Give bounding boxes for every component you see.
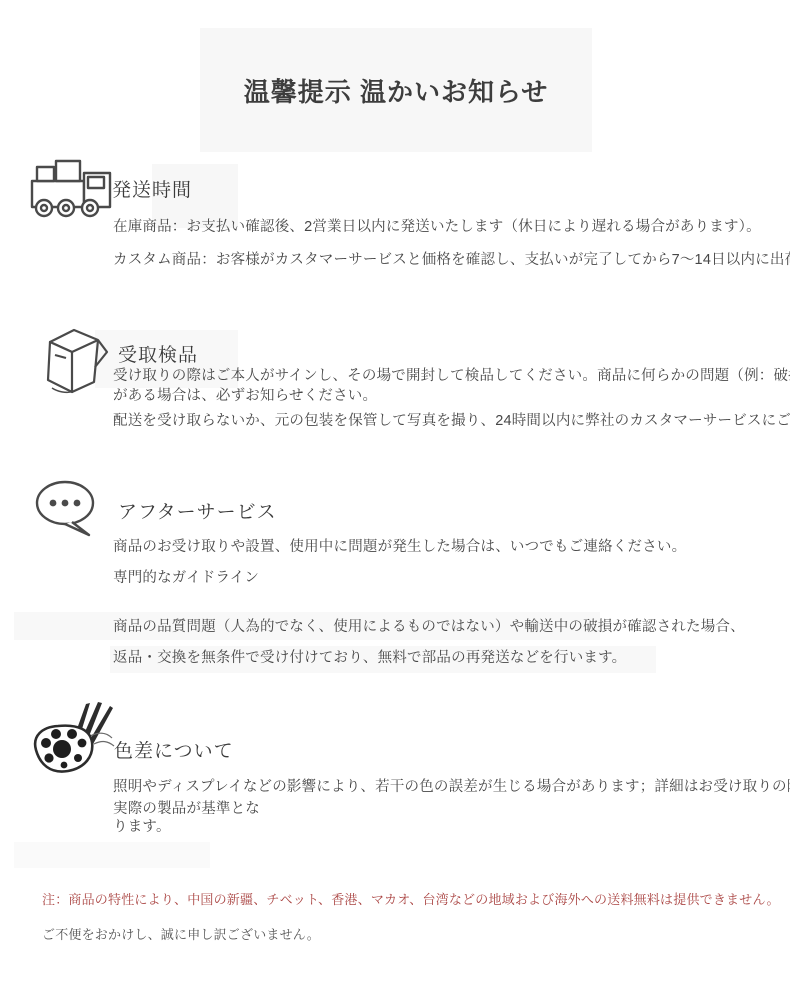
chat-bubble-icon xyxy=(32,478,106,543)
section-heading-inspection: 受取検品 xyxy=(118,340,198,367)
afterservice-line-contact: 商品のお受け取りや設置、使用中に問題が発生した場合は、いつでもご連絡ください。 xyxy=(113,538,686,557)
box-icon xyxy=(38,322,110,399)
truck-icon xyxy=(30,157,114,224)
shipping-line-stock: 在庫商品：お支払い確認後、2営業日以内に発送いたします（休日により遅れる場合があ… xyxy=(113,218,761,237)
inspection-line-contact: 配送を受け取らないか、元の包装を保管して写真を撮り、24時間以内に弊社のカスタマ… xyxy=(113,412,790,431)
background-patch xyxy=(14,842,210,868)
shipping-restriction-note: 注：商品の特性により、中国の新疆、チベット、香港、マカオ、台湾などの地域および海… xyxy=(42,889,780,908)
afterservice-line-guideline: 専門的なガイドライン xyxy=(113,569,259,588)
inspection-line-sign: 受け取りの際はご本人がサインし、その場で開封して検品してください。商品に何らかの… xyxy=(113,367,790,406)
notice-page: 温馨提示 温かいお知らせ 発送時間 在庫商品：お支払い確認後、2営業日以内に発送… xyxy=(0,0,790,994)
afterservice-line-return: 返品・交換を無条件で受け付けており、無料で部品の再発送などを行います。 xyxy=(113,649,626,668)
title-block: 温馨提示 温かいお知らせ xyxy=(200,28,592,152)
color-line-actual: 実際の製品が基準とな xyxy=(113,800,260,819)
section-heading-color: 色差について xyxy=(114,736,234,763)
apology-note: ご不便をおかけし、誠に申し訳ございません。 xyxy=(42,924,320,943)
color-line-lighting: 照明やディスプレイなどの影響により、若干の色の誤差が生じる場合があります；詳細は… xyxy=(113,778,790,797)
section-heading-afterservice: アフターサービス xyxy=(118,497,277,524)
afterservice-line-quality: 商品の品質問題（人為的でなく、使用によるものではない）や輸送中の破損が確認された… xyxy=(113,618,745,637)
shipping-line-custom: カスタム商品：お客様がカスタマーサービスと価格を確認し、支払いが完了してから7〜… xyxy=(113,251,790,270)
color-line-actual-2: ります。 xyxy=(113,818,171,837)
section-heading-shipping: 発送時間 xyxy=(112,175,192,202)
palette-icon xyxy=(28,698,124,785)
page-title: 温馨提示 温かいお知らせ xyxy=(244,72,548,109)
